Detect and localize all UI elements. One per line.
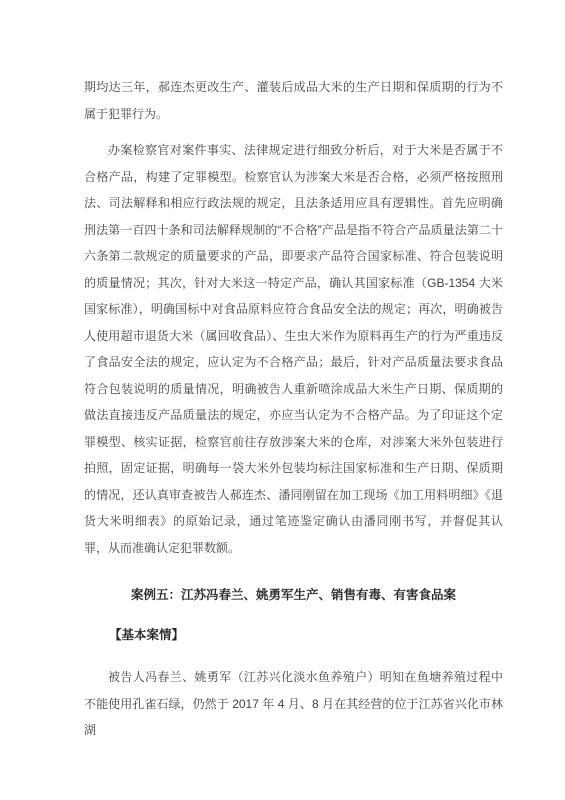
paragraph-trailing: 期均达三年，郝连杰更改生产、灌装后成品大米的生产日期和保质期的行为不属于犯罪行为… [84, 74, 503, 127]
case-heading: 案例五：江苏冯春兰、姚勇军生产、销售有毒、有害食品案 [84, 582, 503, 609]
paragraph-analysis: 办案检察官对案件事实、法律规定进行细致分析后，对于大米是否属于不合格产品，构建了… [84, 137, 503, 561]
document-page: 期均达三年，郝连杰更改生产、灌装后成品大米的生产日期和保质期的行为不属于犯罪行为… [0, 0, 565, 800]
paragraph-facts: 被告人冯春兰、姚勇军（江苏兴化淡水鱼养殖户）明知在鱼塘养殖过程中不能使用孔雀石绿… [84, 664, 503, 744]
section-heading-basic-facts: 【基本案情】 [84, 622, 503, 649]
